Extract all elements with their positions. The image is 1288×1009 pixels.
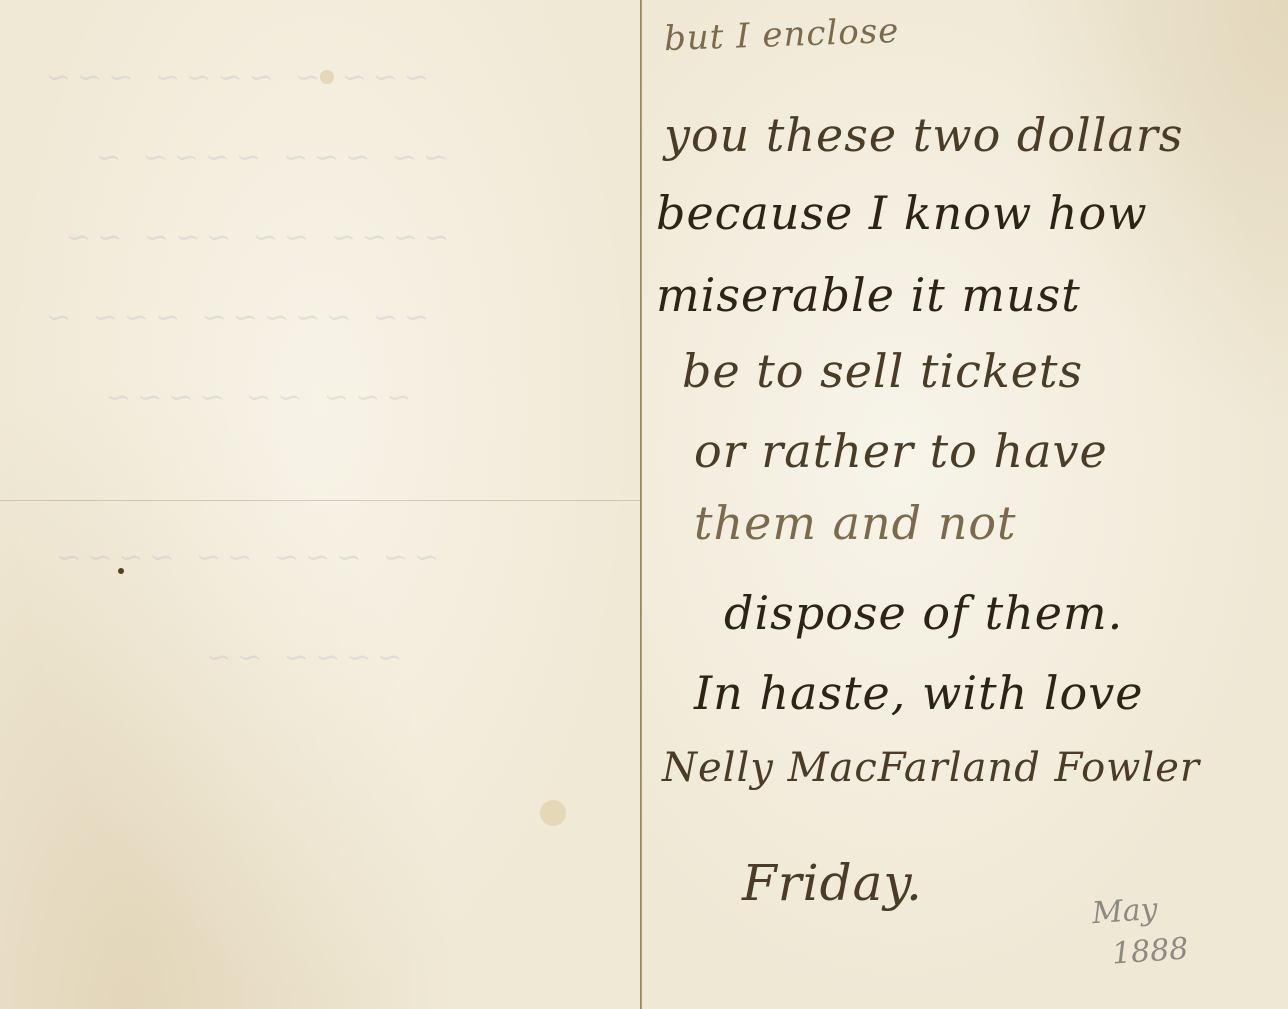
letter-day: Friday.: [742, 858, 923, 908]
bleed-through-text: ~~ ~~~ ~~~~ ~: [90, 140, 448, 175]
letter-line-1: but I enclose: [663, 14, 899, 56]
bleed-through-text: ~~ ~~~~~ ~~~ ~: [40, 300, 429, 335]
letter-line-4: miserable it must: [656, 272, 1081, 318]
foxing-stain: [320, 70, 334, 84]
letter-line-7: them and not: [694, 500, 1017, 546]
bleed-through-text: ~~~~ ~~: [200, 640, 402, 675]
letter-line-8: dispose of them.: [724, 590, 1123, 636]
letter-line-9: In haste, with love: [694, 670, 1143, 716]
pencil-date-year: 1888: [1111, 933, 1189, 970]
letter-sheet: ~~~ ~ ~~~~ ~~~ ~~ ~~~ ~~~~ ~ ~~~~ ~~ ~~~…: [0, 0, 1288, 1009]
ink-speck: [118, 568, 124, 574]
letter-line-5: be to sell tickets: [682, 348, 1083, 394]
bleed-through-text: ~~~ ~~ ~~~~: [100, 380, 411, 415]
letter-line-6: or rather to have: [694, 428, 1108, 474]
bleed-through-text: ~~ ~~~ ~~ ~~~~: [50, 540, 439, 575]
left-page: ~~~ ~ ~~~~ ~~~ ~~ ~~~ ~~~~ ~ ~~~~ ~~ ~~~…: [0, 0, 640, 1009]
bleed-through-text: ~~~~ ~~ ~~~ ~~: [60, 220, 449, 255]
letter-line-3: because I know how: [656, 190, 1148, 236]
right-page: but I enclose you these two dollars beca…: [642, 0, 1288, 1009]
foxing-stain: [540, 800, 566, 826]
pencil-date-month: May: [1091, 894, 1159, 930]
letter-line-2: you these two dollars: [664, 112, 1183, 158]
horizontal-fold-crease: [0, 500, 640, 501]
bleed-through-text: ~~~ ~ ~~~~ ~~~: [40, 60, 429, 95]
signature: Nelly MacFarland Fowler: [662, 748, 1200, 788]
